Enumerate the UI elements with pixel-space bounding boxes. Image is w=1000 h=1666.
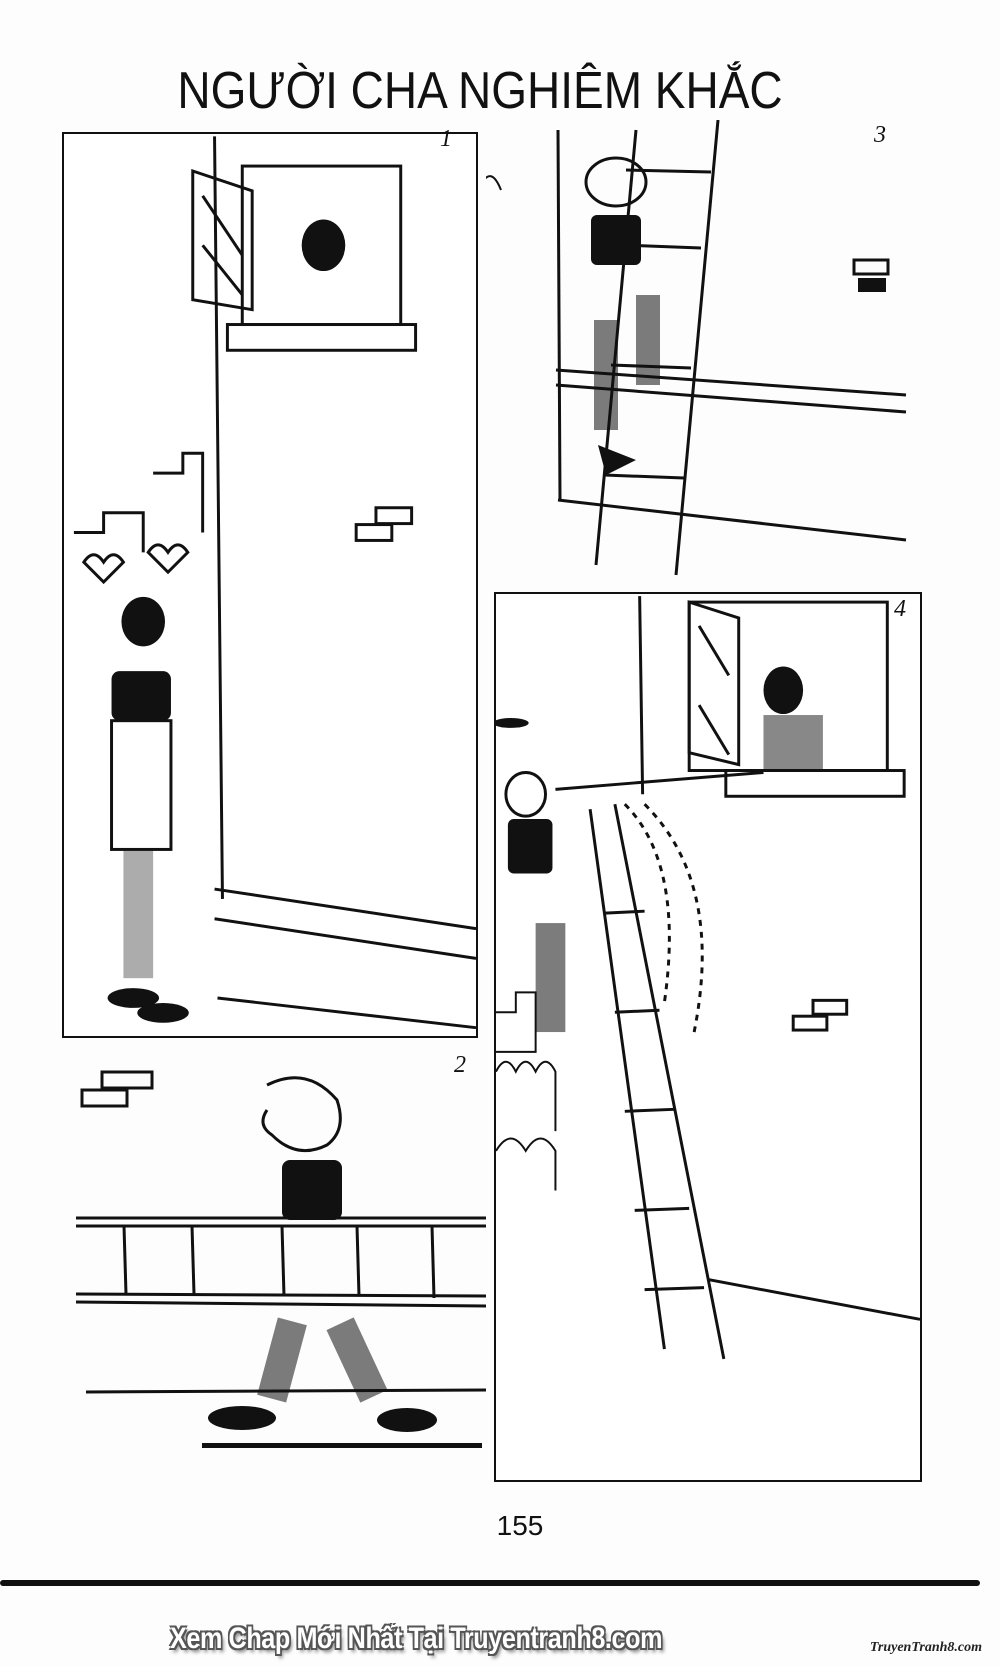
panel-number: 4 xyxy=(894,596,906,623)
panel-4-artwork xyxy=(496,594,920,1480)
page-title: NGƯỜI CHA NGHIÊM KHẮC xyxy=(160,60,800,120)
panel-2-artwork xyxy=(62,1050,492,1490)
site-logo[interactable]: TruyenTranh8.com xyxy=(870,1640,982,1656)
comic-panel-2: 2 xyxy=(62,1050,492,1490)
comic-panel-1: 1 xyxy=(62,132,478,1038)
comic-panel-3: 3 xyxy=(486,120,916,590)
panel-1-artwork xyxy=(64,134,476,1036)
footer-divider xyxy=(0,1580,980,1586)
panel-3-artwork xyxy=(486,120,916,590)
page-number: 155 xyxy=(440,1510,600,1542)
panel-number: 1 xyxy=(440,126,452,153)
watermark-banner[interactable]: Xem Chap Mới Nhất Tại Truyentranh8.com xyxy=(170,1622,662,1656)
panel-number: 2 xyxy=(454,1052,466,1079)
panel-number: 3 xyxy=(874,122,886,149)
comic-panel-4: 4 xyxy=(494,592,922,1482)
